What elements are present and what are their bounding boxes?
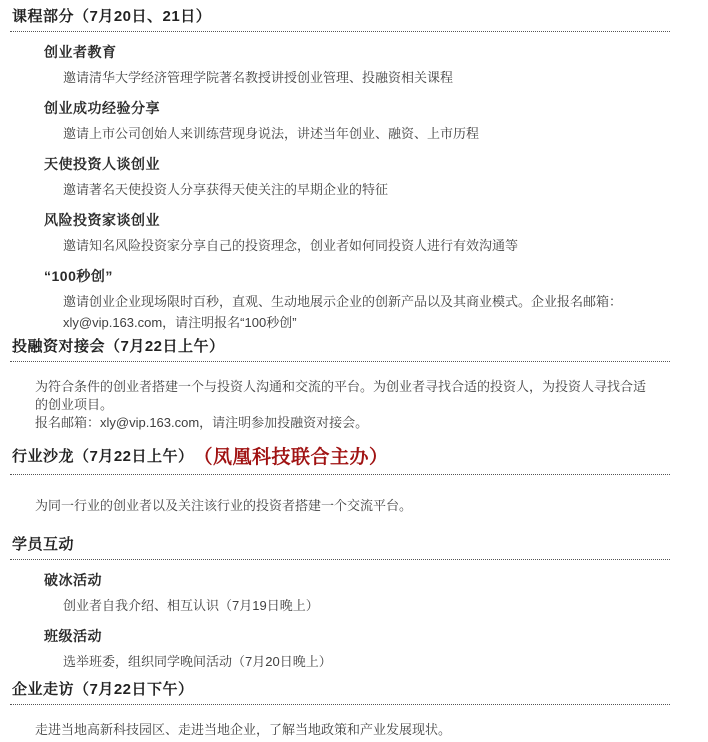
course-item-heading: 天使投资人谈创业 bbox=[44, 155, 688, 173]
section-company-visit: 企业走访（7月22日下午） 走进当地高新科技园区、走进当地企业，了解当地政策和产… bbox=[0, 680, 708, 739]
activity-item: 破冰活动 创业者自我介绍、相互认识（7月19日晚上） bbox=[0, 571, 708, 616]
activity-item-heading: 破冰活动 bbox=[44, 571, 688, 589]
activity-item-body: 创业者自我介绍、相互认识（7月19日晚上） bbox=[63, 595, 690, 616]
course-item: “100秒创” 邀请创业企业现场限时百秒，直观、生动地展示企业的创新产品以及其商… bbox=[0, 267, 708, 333]
paragraph: 走进当地高新科技园区、走进当地企业，了解当地政策和产业发展现状。 bbox=[35, 721, 648, 739]
course-item-body: 邀请上市公司创始人来训练营现身说法，讲述当年创业、融资、上市历程 bbox=[63, 123, 690, 144]
course-item: 天使投资人谈创业 邀请著名天使投资人分享获得天使关注的早期企业的特征 bbox=[0, 155, 708, 200]
section-industry-salon: 行业沙龙（7月22日上午）（凤凰科技联合主办） 为同一行业的创业者以及关注该行业… bbox=[0, 446, 708, 515]
section-title-matchmaking: 投融资对接会（7月22日上午） bbox=[12, 338, 225, 355]
section-header-rule: 学员互动 bbox=[10, 535, 670, 560]
activity-item-body: 选举班委，组织同学晚间活动（7月20日晚上） bbox=[63, 651, 690, 672]
section-title-courses: 课程部分（7月20日、21日） bbox=[12, 8, 211, 25]
course-item-body: 邀请清华大学经济管理学院著名教授讲授创业管理、投融资相关课程 bbox=[63, 67, 690, 88]
paragraph: 为同一行业的创业者以及关注该行业的投资者搭建一个交流平台。 bbox=[35, 497, 648, 515]
course-item-heading: 创业者教育 bbox=[44, 43, 688, 61]
section-title-visit: 企业走访（7月22日下午） bbox=[12, 681, 194, 698]
activity-item-heading: 班级活动 bbox=[44, 627, 688, 645]
course-item: 创业成功经验分享 邀请上市公司创始人来训练营现身说法，讲述当年创业、融资、上市历… bbox=[0, 99, 708, 144]
section-paragraphs: 走进当地高新科技园区、走进当地企业，了解当地政策和产业发展现状。 bbox=[35, 721, 648, 739]
section-matchmaking: 投融资对接会（7月22日上午） 为符合条件的创业者搭建一个与投资人沟通和交流的平… bbox=[0, 337, 708, 432]
event-program-document: 课程部分（7月20日、21日） 创业者教育 邀请清华大学经济管理学院著名教授讲授… bbox=[0, 0, 708, 742]
paragraph: 为符合条件的创业者搭建一个与投资人沟通和交流的平台。为创业者寻找合适的投资人，为… bbox=[35, 378, 648, 414]
cohost-note: （凤凰科技联合主办） bbox=[194, 447, 389, 468]
course-item-body: 邀请著名天使投资人分享获得天使关注的早期企业的特征 bbox=[63, 179, 690, 200]
section-title-interaction: 学员互动 bbox=[12, 536, 74, 553]
section-student-interaction: 学员互动 破冰活动 创业者自我介绍、相互认识（7月19日晚上） 班级活动 选举班… bbox=[0, 535, 708, 672]
course-item-heading: 创业成功经验分享 bbox=[44, 99, 688, 117]
section-header-rule: 课程部分（7月20日、21日） bbox=[10, 7, 670, 32]
course-item-body: 邀请知名风险投资家分享自己的投资理念，创业者如何同投资人进行有效沟通等 bbox=[63, 235, 690, 256]
activity-item: 班级活动 选举班委，组织同学晚间活动（7月20日晚上） bbox=[0, 627, 708, 672]
section-header-rule: 投融资对接会（7月22日上午） bbox=[10, 337, 670, 362]
course-item: 风险投资家谈创业 邀请知名风险投资家分享自己的投资理念，创业者如何同投资人进行有… bbox=[0, 211, 708, 256]
course-item-body: 邀请创业企业现场限时百秒，直观、生动地展示企业的创新产品以及其商业模式。企业报名… bbox=[63, 291, 690, 333]
course-item: 创业者教育 邀请清华大学经济管理学院著名教授讲授创业管理、投融资相关课程 bbox=[0, 43, 708, 88]
section-title-salon: 行业沙龙（7月22日上午） bbox=[12, 448, 194, 465]
section-paragraphs: 为符合条件的创业者搭建一个与投资人沟通和交流的平台。为创业者寻找合适的投资人，为… bbox=[35, 378, 648, 432]
section-header-rule: 企业走访（7月22日下午） bbox=[10, 680, 670, 705]
section-courses: 课程部分（7月20日、21日） 创业者教育 邀请清华大学经济管理学院著名教授讲授… bbox=[0, 7, 708, 333]
course-item-heading: “100秒创” bbox=[44, 267, 688, 285]
section-header-rule: 行业沙龙（7月22日上午）（凤凰科技联合主办） bbox=[10, 446, 670, 475]
section-paragraphs: 为同一行业的创业者以及关注该行业的投资者搭建一个交流平台。 bbox=[35, 497, 648, 515]
course-item-heading: 风险投资家谈创业 bbox=[44, 211, 688, 229]
paragraph: 报名邮箱：xly@vip.163.com，请注明参加投融资对接会。 bbox=[35, 414, 648, 432]
